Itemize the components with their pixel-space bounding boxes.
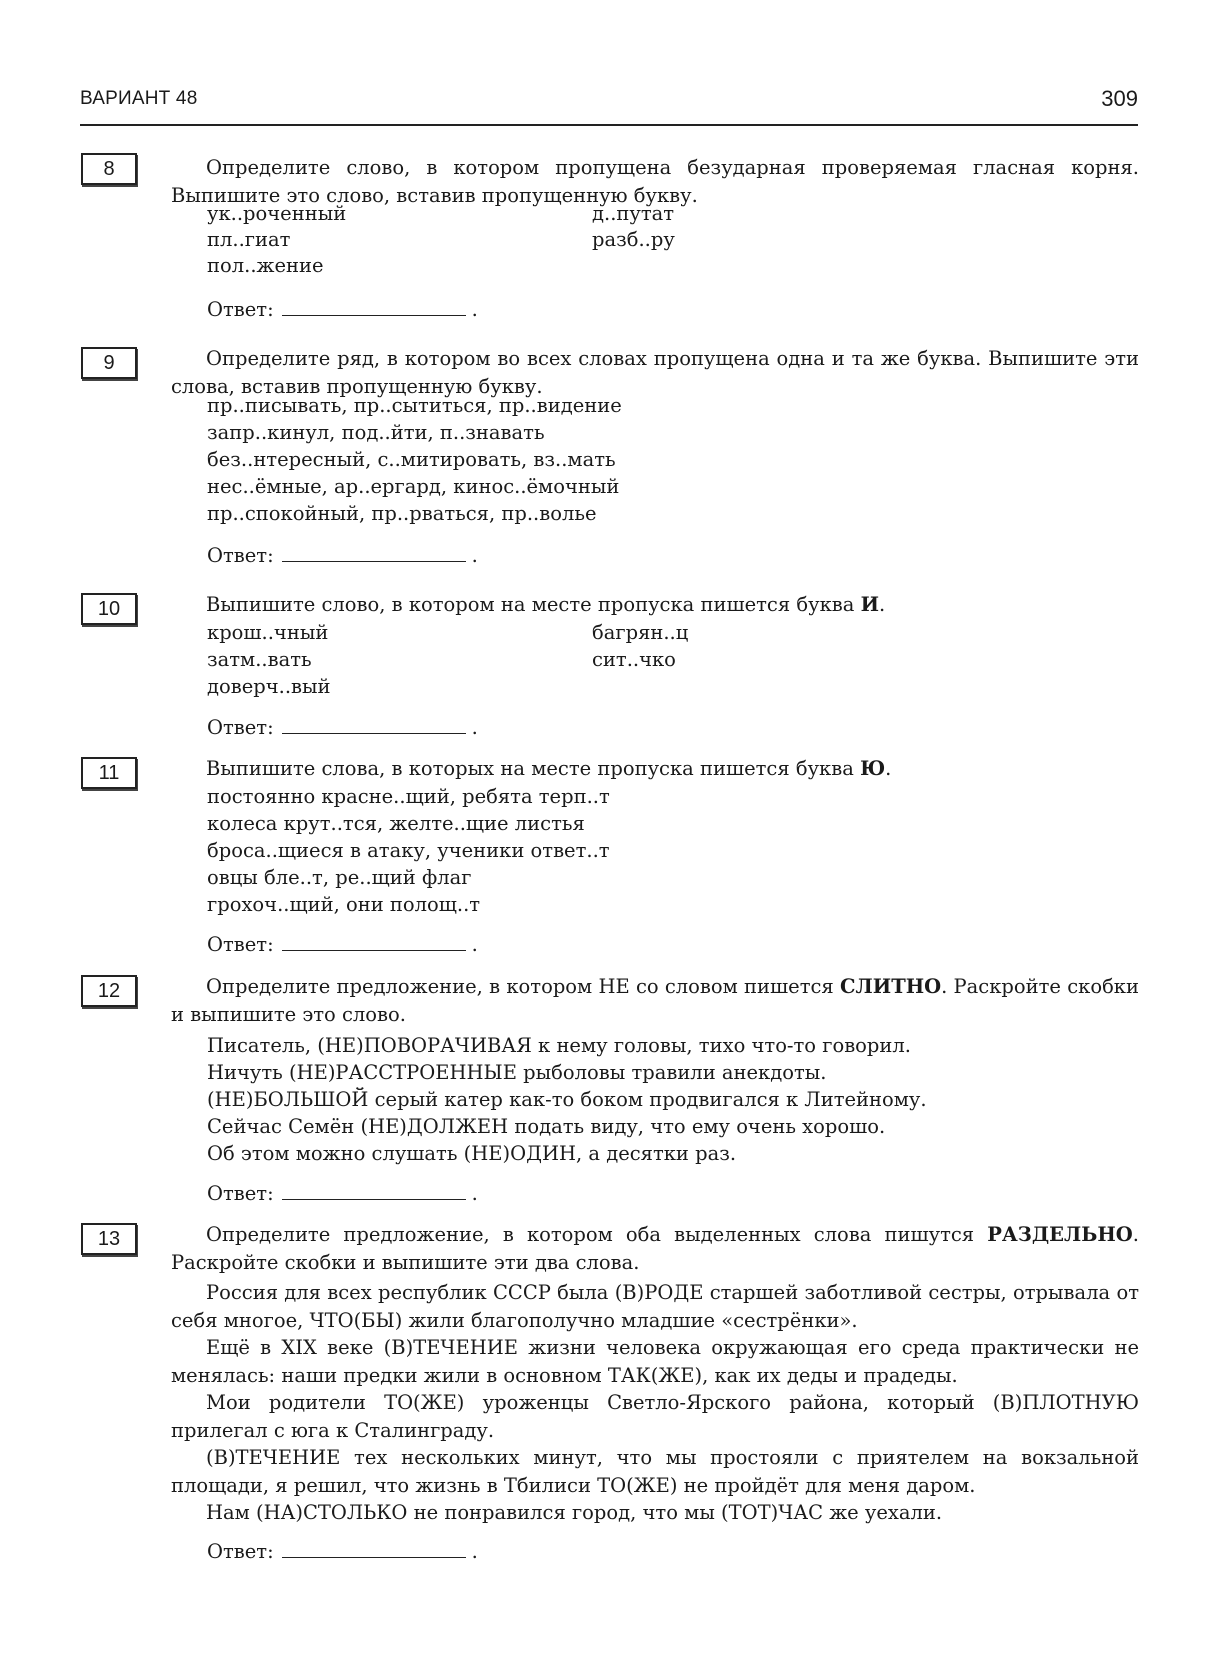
option: Россия для всех республик СССР была (В)Р… xyxy=(171,1279,1139,1334)
option: пр..писывать, пр..сытиться, пр..видение xyxy=(207,392,622,419)
task-prompt: Выпишите слово, в котором на месте пропу… xyxy=(171,591,1139,619)
answer-line[interactable] xyxy=(282,560,466,562)
option: броса..щиеся в атаку, ученики ответ..т xyxy=(207,837,610,864)
option: пл..гиат xyxy=(207,226,290,253)
option: (В)ТЕЧЕНИЕ тех нескольких минут, что мы … xyxy=(171,1444,1139,1499)
option: Нам (НА)СТОЛЬКО не понравился город, что… xyxy=(171,1499,1139,1527)
option: (НЕ)БОЛЬШОЙ серый катер как-то боком про… xyxy=(207,1086,927,1113)
task-number-box: 8 xyxy=(81,153,137,185)
task-number-box: 13 xyxy=(81,1223,137,1255)
answer-field[interactable]: Ответ:. xyxy=(207,1182,478,1205)
option: затм..вать xyxy=(207,646,312,673)
option: разб..ру xyxy=(592,226,675,253)
answer-line[interactable] xyxy=(282,949,466,951)
option: крош..чный xyxy=(207,619,328,646)
option: нес..ёмные, ар..ергард, кинос..ёмочный xyxy=(207,473,619,500)
task-number-box: 10 xyxy=(81,593,137,625)
option: Ещё в XIX веке (В)ТЕЧЕНИЕ жизни человека… xyxy=(171,1334,1139,1389)
answer-line[interactable] xyxy=(282,1556,466,1558)
answer-line[interactable] xyxy=(282,1198,466,1200)
answer-field[interactable]: Ответ:. xyxy=(207,544,478,567)
task-prompt: Определите предложение, в котором НЕ со … xyxy=(171,973,1139,1028)
answer-line[interactable] xyxy=(282,314,466,316)
option: колеса крут..тся, желте..щие листья xyxy=(207,810,585,837)
answer-field[interactable]: Ответ:. xyxy=(207,933,478,956)
answer-field[interactable]: Ответ:. xyxy=(207,1540,478,1563)
option: Писатель, (НЕ)ПОВОРАЧИВАЯ к нему головы,… xyxy=(207,1032,911,1059)
option: д..путат xyxy=(592,200,674,227)
answer-field[interactable]: Ответ:. xyxy=(207,716,478,739)
option: Об этом можно слушать (НЕ)ОДИН, а десятк… xyxy=(207,1140,736,1167)
option: ук..роченный xyxy=(207,200,346,227)
option: пол..жение xyxy=(207,252,324,279)
variant-title: ВАРИАНТ 48 xyxy=(80,88,197,110)
option: Мои родители ТО(ЖЕ) уроженцы Светло-Ярск… xyxy=(171,1389,1139,1444)
option: без..нтересный, с..митировать, вз..мать xyxy=(207,446,616,473)
option: сит..чко xyxy=(592,646,676,673)
task-number-box: 9 xyxy=(81,347,137,379)
option: Сейчас Семён (НЕ)ДОЛЖЕН подать виду, что… xyxy=(207,1113,885,1140)
option: запр..кинул, под..йти, п..знавать xyxy=(207,419,545,446)
task-number-box: 11 xyxy=(81,757,137,789)
option: грохоч..щий, они полощ..т xyxy=(207,891,480,918)
option: пр..спокойный, пр..рваться, пр..волье xyxy=(207,500,597,527)
task-number-box: 12 xyxy=(81,975,137,1007)
task-prompt: Выпишите слова, в которых на месте пропу… xyxy=(171,755,1139,783)
option: доверч..вый xyxy=(207,673,331,700)
option: овцы бле..т, ре..щий флаг xyxy=(207,864,471,891)
answer-field[interactable]: Ответ:. xyxy=(207,298,478,321)
task-prompt: Определите предложение, в котором оба вы… xyxy=(171,1221,1139,1276)
option: Ничуть (НЕ)РАССТРОЕННЫЕ рыболовы травили… xyxy=(207,1059,827,1086)
page-header: ВАРИАНТ 48 309 xyxy=(80,84,1138,126)
option: багрян..ц xyxy=(592,619,688,646)
option: постоянно красне..щий, ребята терп..т xyxy=(207,783,610,810)
answer-line[interactable] xyxy=(282,732,466,734)
page-number: 309 xyxy=(1101,86,1138,112)
